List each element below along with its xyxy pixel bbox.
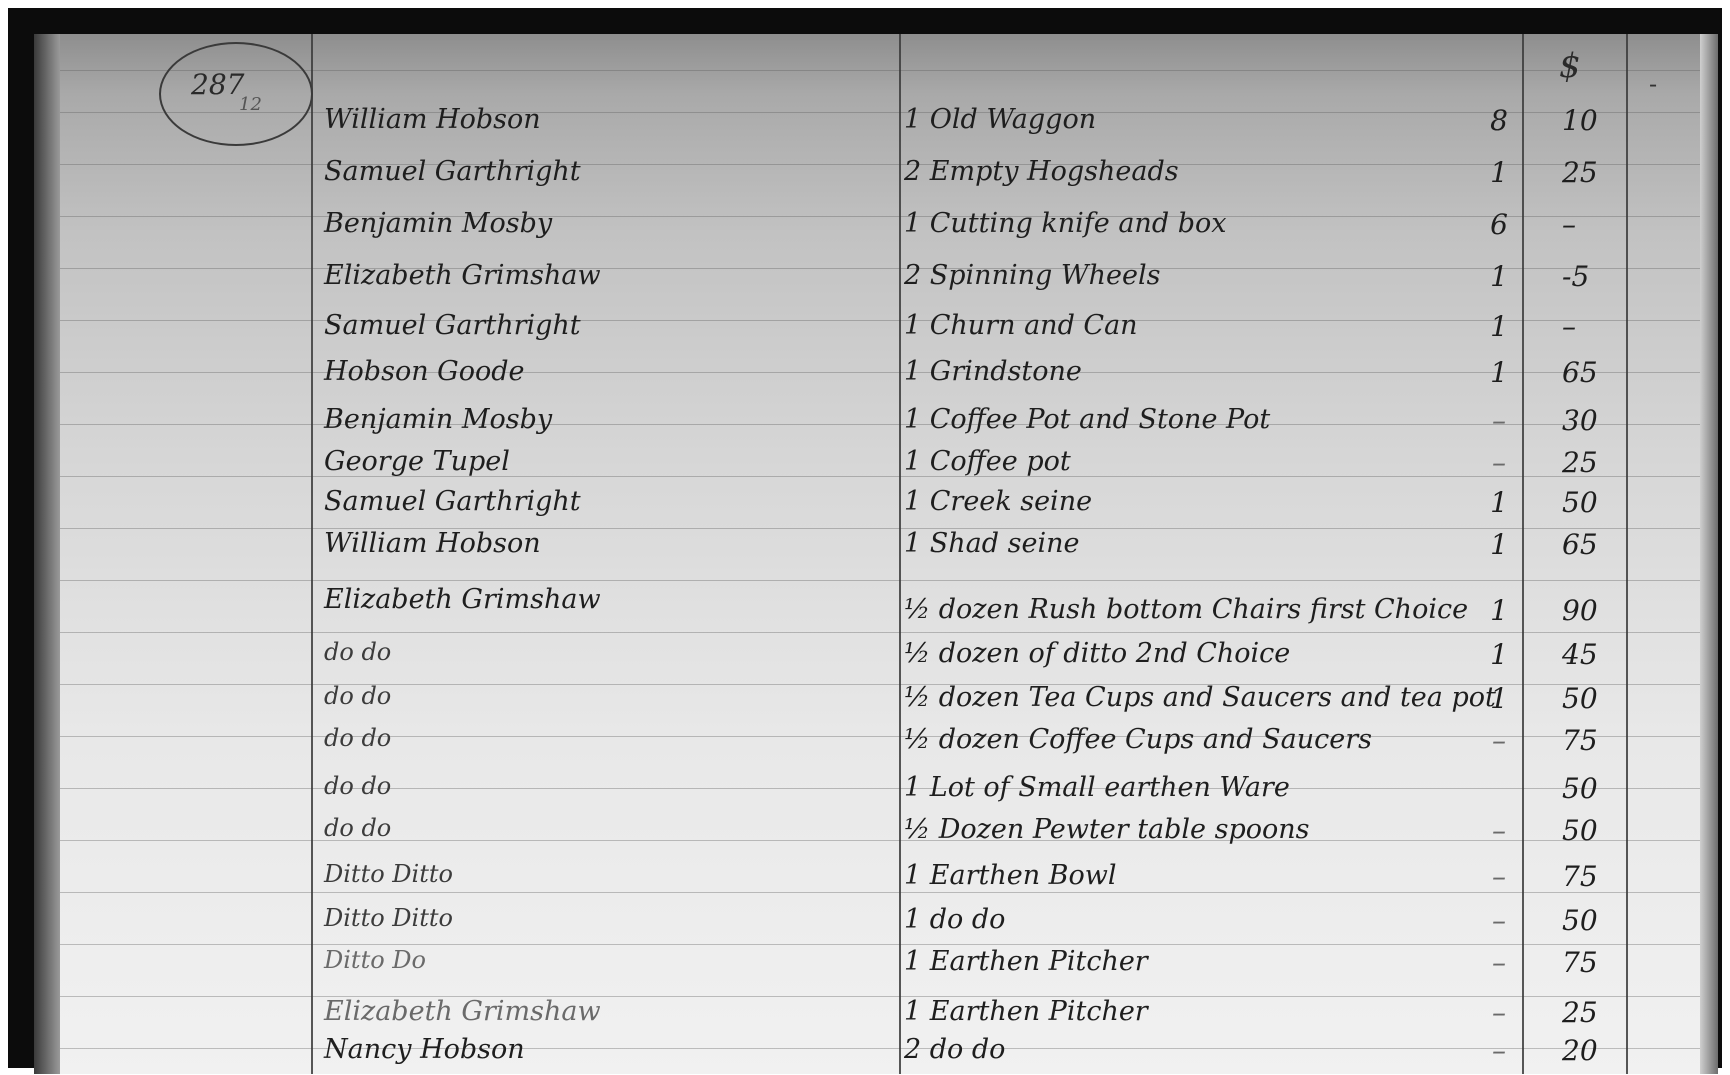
cents-amount: 65 — [1562, 356, 1652, 389]
buyer-name: Nancy Hobson — [324, 1034, 525, 1065]
dollars-amount: 1 — [1454, 156, 1544, 189]
cents-amount: 10 — [1562, 104, 1652, 137]
cents-amount: 50 — [1562, 904, 1652, 937]
ledger-row: Nancy Hobson 2 do do – 20 — [34, 1034, 1718, 1074]
cents-heading: - — [1649, 70, 1657, 98]
buyer-name: Elizabeth Grimshaw — [324, 584, 601, 615]
dollars-amount: – — [1454, 860, 1544, 893]
cents-amount: 25 — [1562, 996, 1652, 1029]
ledger-row: Samuel Garthright 1 Creek seine 1 50 — [34, 486, 1718, 528]
cents-amount: -5 — [1562, 260, 1652, 293]
item-description: 1 Churn and Can — [904, 310, 1138, 341]
ledger-page: 287 12 $ - William Hobson 1 Old Waggon 8… — [34, 34, 1718, 1074]
ledger-row: do do ½ Dozen Pewter table spoons – 50 — [34, 814, 1718, 856]
cents-amount: 50 — [1562, 486, 1652, 519]
ledger-row: Ditto Do 1 Earthen Pitcher – 75 — [34, 946, 1718, 988]
buyer-name: William Hobson — [324, 528, 541, 559]
cents-amount: 25 — [1562, 156, 1652, 189]
dollars-amount: – — [1454, 446, 1544, 479]
ledger-row: Benjamin Mosby 1 Cutting knife and box 6… — [34, 208, 1718, 250]
cents-amount: 75 — [1562, 860, 1652, 893]
buyer-name: Samuel Garthright — [324, 310, 581, 341]
ledger-row: Ditto Ditto 1 Earthen Bowl – 75 — [34, 860, 1718, 902]
cents-amount: 25 — [1562, 446, 1652, 479]
folio-number: 287 — [191, 68, 244, 101]
dollars-amount: 1 — [1454, 638, 1544, 671]
ledger-row: Benjamin Mosby 1 Coffee Pot and Stone Po… — [34, 404, 1718, 446]
ledger-row: do do ½ dozen Coffee Cups and Saucers – … — [34, 724, 1718, 766]
dollars-amount: – — [1454, 904, 1544, 937]
item-description: 1 do do — [904, 904, 1005, 935]
item-description: ½ dozen of ditto 2nd Choice — [904, 638, 1290, 669]
item-description: 1 Earthen Pitcher — [904, 996, 1148, 1027]
ruled-line — [60, 70, 1700, 71]
ruled-line — [60, 580, 1700, 581]
buyer-name: William Hobson — [324, 104, 541, 135]
item-description: 1 Coffee pot — [904, 446, 1071, 477]
ledger-row: Ditto Ditto 1 do do – 50 — [34, 904, 1718, 946]
ledger-row: William Hobson 1 Old Waggon 8 10 — [34, 104, 1718, 146]
ledger-row: Elizabeth Grimshaw 2 Spinning Wheels 1 -… — [34, 260, 1718, 302]
item-description: 1 Earthen Pitcher — [904, 946, 1148, 977]
item-description: 1 Grindstone — [904, 356, 1082, 387]
dollars-amount: 1 — [1454, 528, 1544, 561]
buyer-name: Ditto Ditto — [324, 904, 453, 932]
cents-amount: 65 — [1562, 528, 1652, 561]
dollars-amount: – — [1454, 724, 1544, 757]
item-description: 1 Lot of Small earthen Ware — [904, 772, 1290, 803]
cents-amount: 75 — [1562, 946, 1652, 979]
item-description: 2 do do — [904, 1034, 1005, 1065]
item-description: 1 Cutting knife and box — [904, 208, 1226, 239]
ledger-row: do do 1 Lot of Small earthen Ware 50 — [34, 772, 1718, 814]
cents-amount: 20 — [1562, 1034, 1652, 1067]
dollars-amount: – — [1454, 814, 1544, 847]
cents-amount: 90 — [1562, 594, 1652, 627]
buyer-name: Benjamin Mosby — [324, 208, 552, 239]
buyer-name: do do — [324, 814, 391, 842]
ledger-row: Hobson Goode 1 Grindstone 1 65 — [34, 356, 1718, 398]
cents-amount: 50 — [1562, 772, 1652, 805]
item-description: ½ dozen Tea Cups and Saucers and tea pot — [904, 682, 1496, 713]
buyer-name: Samuel Garthright — [324, 156, 581, 187]
dollars-amount: 8 — [1454, 104, 1544, 137]
ledger-row: Elizabeth Grimshaw 1 Earthen Pitcher – 2… — [34, 996, 1718, 1038]
scan-border: 287 12 $ - William Hobson 1 Old Waggon 8… — [8, 8, 1722, 1068]
item-description: 1 Coffee Pot and Stone Pot — [904, 404, 1270, 435]
dollars-amount: 1 — [1454, 594, 1544, 627]
ledger-row: George Tupel 1 Coffee pot – 25 — [34, 446, 1718, 488]
ledger-row: Samuel Garthright 1 Churn and Can 1 – — [34, 310, 1718, 352]
ledger-row: do do ½ dozen of ditto 2nd Choice 1 45 — [34, 638, 1718, 680]
buyer-name: do do — [324, 638, 391, 666]
buyer-name: do do — [324, 682, 391, 710]
ledger-row: Elizabeth Grimshaw ½ dozen Rush bottom C… — [34, 584, 1718, 626]
dollars-amount: 6 — [1454, 208, 1544, 241]
cents-amount: 75 — [1562, 724, 1652, 757]
buyer-name: do do — [324, 724, 391, 752]
buyer-name: Elizabeth Grimshaw — [324, 996, 601, 1027]
dollars-amount: 1 — [1454, 356, 1544, 389]
ruled-line — [60, 632, 1700, 633]
dollars-amount: 1 — [1454, 682, 1544, 715]
cents-amount: 50 — [1562, 814, 1652, 847]
item-description: 1 Creek seine — [904, 486, 1092, 517]
cents-amount: 30 — [1562, 404, 1652, 437]
buyer-name: Hobson Goode — [324, 356, 525, 387]
cents-amount: – — [1562, 208, 1652, 241]
dollars-amount: 1 — [1454, 486, 1544, 519]
cents-amount: 50 — [1562, 682, 1652, 715]
buyer-name: Ditto Ditto — [324, 860, 453, 888]
cents-amount: – — [1562, 310, 1652, 343]
dollars-amount: – — [1454, 946, 1544, 979]
buyer-name: Samuel Garthright — [324, 486, 581, 517]
ledger-row: William Hobson 1 Shad seine 1 65 — [34, 528, 1718, 570]
dollars-amount: 1 — [1454, 310, 1544, 343]
buyer-name: Elizabeth Grimshaw — [324, 260, 601, 291]
item-description: ½ dozen Rush bottom Chairs first Choice — [904, 594, 1468, 625]
right-border-line — [1714, 34, 1717, 1074]
buyer-name: do do — [324, 772, 391, 800]
ledger-row: Samuel Garthright 2 Empty Hogsheads 1 25 — [34, 156, 1718, 198]
item-description: 2 Spinning Wheels — [904, 260, 1160, 291]
dollars-amount: – — [1454, 996, 1544, 1029]
item-description: 2 Empty Hogsheads — [904, 156, 1179, 187]
item-description: 1 Shad seine — [904, 528, 1079, 559]
item-description: ½ Dozen Pewter table spoons — [904, 814, 1310, 845]
dollars-amount: – — [1454, 1034, 1544, 1067]
item-description: ½ dozen Coffee Cups and Saucers — [904, 724, 1372, 755]
dollars-amount: 1 — [1454, 260, 1544, 293]
buyer-name: George Tupel — [324, 446, 510, 477]
dollars-amount: – — [1454, 404, 1544, 437]
item-description: 1 Old Waggon — [904, 104, 1096, 135]
item-description: 1 Earthen Bowl — [904, 860, 1117, 891]
buyer-name: Benjamin Mosby — [324, 404, 552, 435]
ledger-row: do do ½ dozen Tea Cups and Saucers and t… — [34, 682, 1718, 724]
cents-amount: 45 — [1562, 638, 1652, 671]
dollars-heading: $ — [1559, 46, 1581, 86]
buyer-name: Ditto Do — [324, 946, 426, 974]
